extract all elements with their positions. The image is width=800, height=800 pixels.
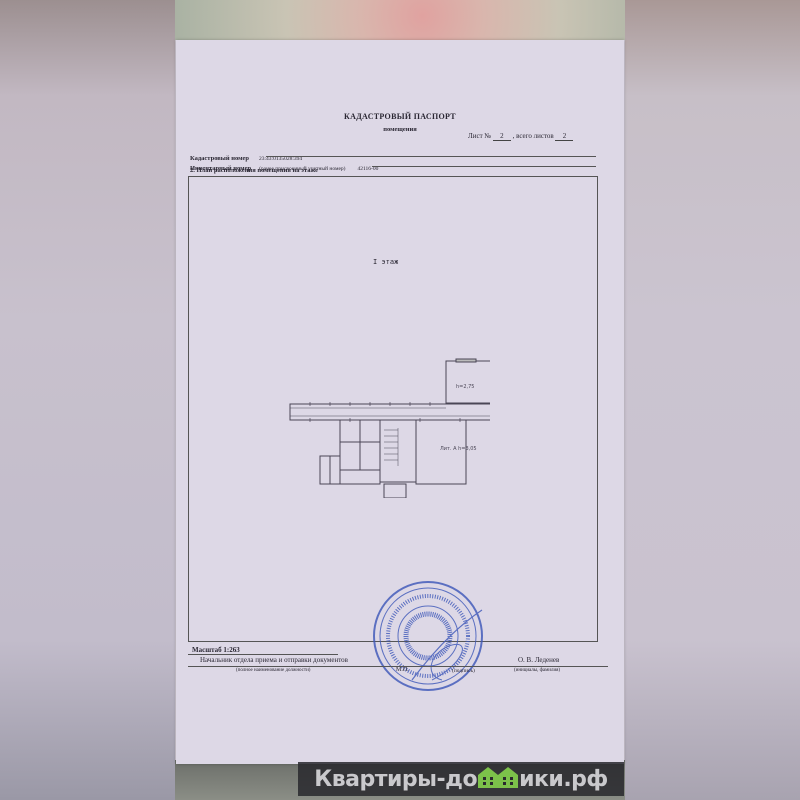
signer-position: Начальник отдела приема и отправки докум…	[200, 656, 348, 664]
background-top	[175, 0, 625, 40]
floor-label: I этаж	[373, 258, 398, 266]
watermark-text-after: ики.рф	[519, 767, 608, 792]
official-stamp	[372, 580, 484, 692]
sheet-info: Лист № 2 , всего листов 2	[468, 132, 573, 141]
signature-caption: (подпись)	[452, 668, 475, 674]
floor-plan: h=2,75 Лит. А h=3,05	[280, 358, 490, 498]
background-left	[0, 0, 175, 800]
signer-caption: (инициалы, фамилия)	[514, 668, 560, 673]
background-right	[625, 0, 800, 800]
total-label: , всего листов	[513, 132, 554, 140]
total-sheets: 2	[555, 132, 573, 141]
section-title: 2. План расположения помещения на этаже	[190, 167, 318, 174]
sheet-label: Лист №	[468, 132, 491, 140]
cadastral-passport-page: КАДАСТРОВЫЙ ПАСПОРТ помещения Лист № 2 ,…	[176, 40, 624, 764]
signer-name: О. В. Леденев	[518, 656, 559, 664]
plan-height-room: h=2,75	[456, 384, 475, 390]
sheet-number: 2	[493, 132, 511, 141]
plan-scale: Масштаб 1:263	[192, 646, 240, 654]
plan-lit-height: Лит. А h=3,05	[440, 446, 477, 452]
position-caption: (полное наименование должности)	[236, 668, 310, 673]
houses-icon	[478, 766, 518, 793]
stamp-mark: М.П.	[396, 667, 409, 673]
watermark-text-before: Квартиры-до	[314, 767, 477, 792]
document-title: КАДАСТРОВЫЙ ПАСПОРТ	[176, 112, 624, 121]
watermark: Квартиры-до ики.рф	[298, 762, 624, 796]
